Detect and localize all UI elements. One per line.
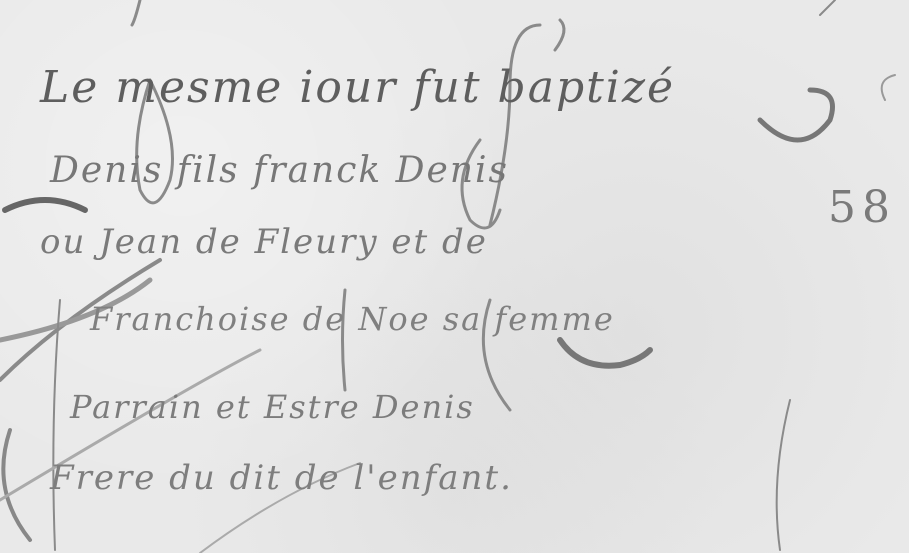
manuscript-line-2: Denis fils franck Denis: [50, 150, 509, 191]
manuscript-line-5: Parrain et Estre Denis: [70, 388, 475, 426]
manuscript-line-6: Frere du dit de l'enfant.: [50, 458, 513, 498]
manuscript-line-4: Franchoise de Noe sa femme: [90, 300, 615, 338]
manuscript-line-3: ou Jean de Fleury et de: [40, 222, 488, 262]
manuscript-line-1: Le mesme iour fut baptizé: [40, 62, 675, 113]
manuscript-page: Le mesme iour fut baptizé Denis fils fra…: [0, 0, 909, 553]
margin-number: 58: [828, 182, 896, 233]
